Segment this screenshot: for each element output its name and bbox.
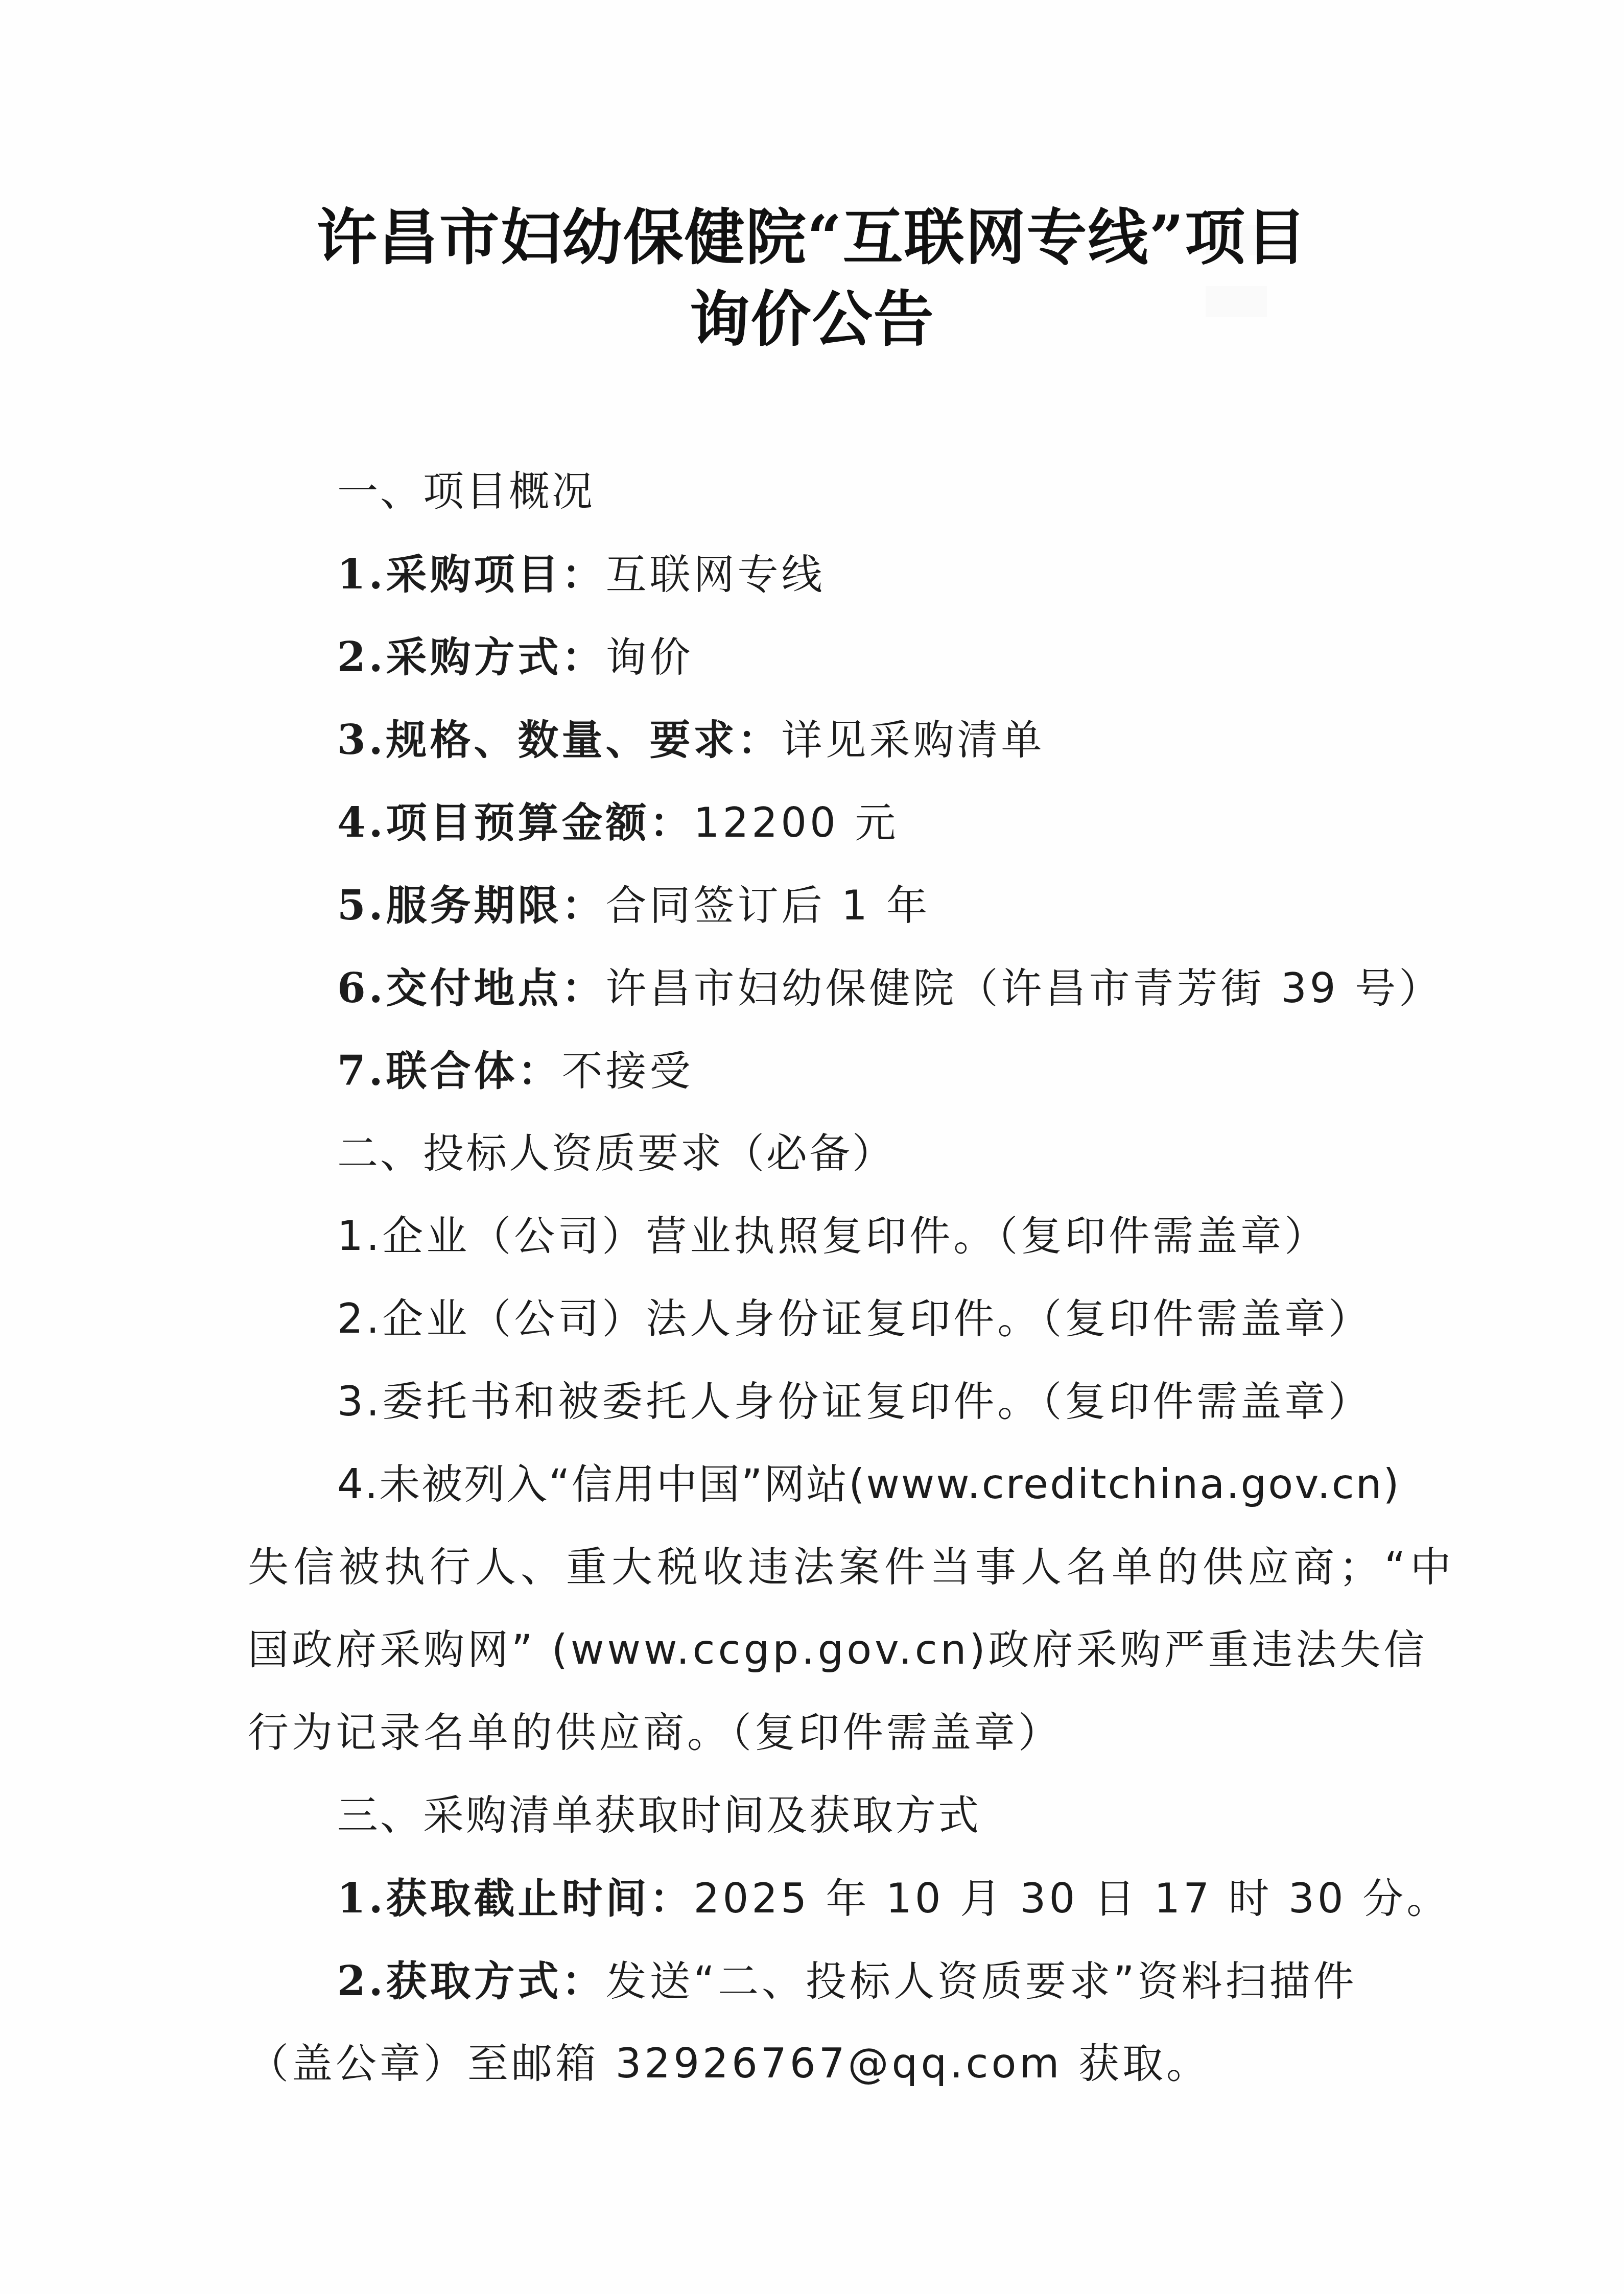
item-label: 1.采购项目： [337,550,606,598]
section2-item-4-line4: 行为记录名单的供应商。（复印件需盖章） [248,1707,1062,1758]
document-title-line2: 询价公告 [0,278,1624,360]
item-label: 7.联合体： [337,1047,562,1095]
section1-item-7: 7.联合体：不接受 [337,1045,694,1097]
document-page: 许昌市妇幼保健院“互联网专线”项目 询价公告 一、项目概况 1.采购项目：互联网… [0,0,1624,2294]
section3-heading: 三、采购清单获取时间及获取方式 [337,1790,981,1841]
item-value: 合同签订后 1 年 [606,882,931,929]
section2-item-4-line3: 国政府采购网” (www.ccgp.gov.cn)政府采购严重违法失信 [248,1624,1428,1675]
section2-item-4-line1: 4.未被列入“信用中国”网站(www.creditchina.gov.cn) [337,1459,1401,1510]
section2-item-4-line2: 失信被执行人、重大税收违法案件当事人名单的供应商；“中 [248,1542,1455,1593]
section3-item-1: 1.获取截止时间：2025 年 10 月 30 日 17 时 30 分。 [337,1873,1450,1924]
section3-item-2: 2.获取方式：发送“二、投标人资质要求”资料扫描件 [337,1955,1357,2007]
section2-heading: 二、投标人资质要求（必备） [337,1128,895,1179]
item-value: 不接受 [562,1047,694,1095]
item-value: 询价 [606,633,694,681]
item-value: 互联网专线 [606,551,826,598]
item-label: 3.规格、数量、要求： [337,716,782,764]
item-label: 5.服务期限： [337,881,606,929]
budget-value: 12200 元 [694,799,899,846]
item-label: 4.项目预算金额： [337,798,694,846]
section1-item-4: 4.项目预算金额：12200 元 [337,797,899,848]
item-value: 发送“二、投标人资质要求”资料扫描件 [606,1957,1357,2005]
section1-item-6: 6.交付地点：许昌市妇幼保健院（许昌市青芳街 39 号） [337,962,1443,1014]
section2-item-1: 1.企业（公司）营业执照复印件。（复印件需盖章） [337,1211,1328,1262]
section1-item-5: 5.服务期限：合同签订后 1 年 [337,880,930,931]
item-value: 许昌市妇幼保健院（许昌市青芳街 39 号） [606,964,1443,1012]
item-label: 2.采购方式： [337,633,606,681]
section1-item-1: 1.采购项目：互联网专线 [337,549,826,600]
item-label: 1.获取截止时间： [337,1874,694,1922]
item-value: 详见采购清单 [782,716,1045,764]
section1-heading: 一、项目概况 [337,466,595,517]
section3-item-2-continuation: （盖公章）至邮箱 32926767@qq.com 获取。 [248,2038,1210,2089]
deadline-value: 2025 年 10 月 30 日 17 时 30 分。 [694,1875,1451,1922]
section1-item-3: 3.规格、数量、要求：详见采购清单 [337,714,1045,766]
section2-item-3: 3.委托书和被委托人身份证复印件。（复印件需盖章） [337,1376,1372,1427]
document-title-line1: 许昌市妇幼保健院“互联网专线”项目 [0,197,1624,278]
section2-item-2: 2.企业（公司）法人身份证复印件。（复印件需盖章） [337,1293,1372,1344]
item-label: 6.交付地点： [337,964,606,1012]
section1-item-2: 2.采购方式：询价 [337,631,694,683]
item-label: 2.获取方式： [337,1957,606,2005]
